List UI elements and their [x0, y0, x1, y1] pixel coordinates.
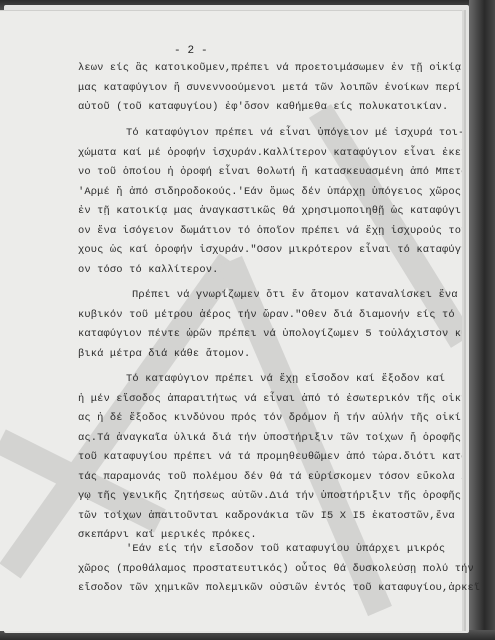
scan-border-right [469, 0, 495, 640]
closing-lines [78, 0, 458, 640]
